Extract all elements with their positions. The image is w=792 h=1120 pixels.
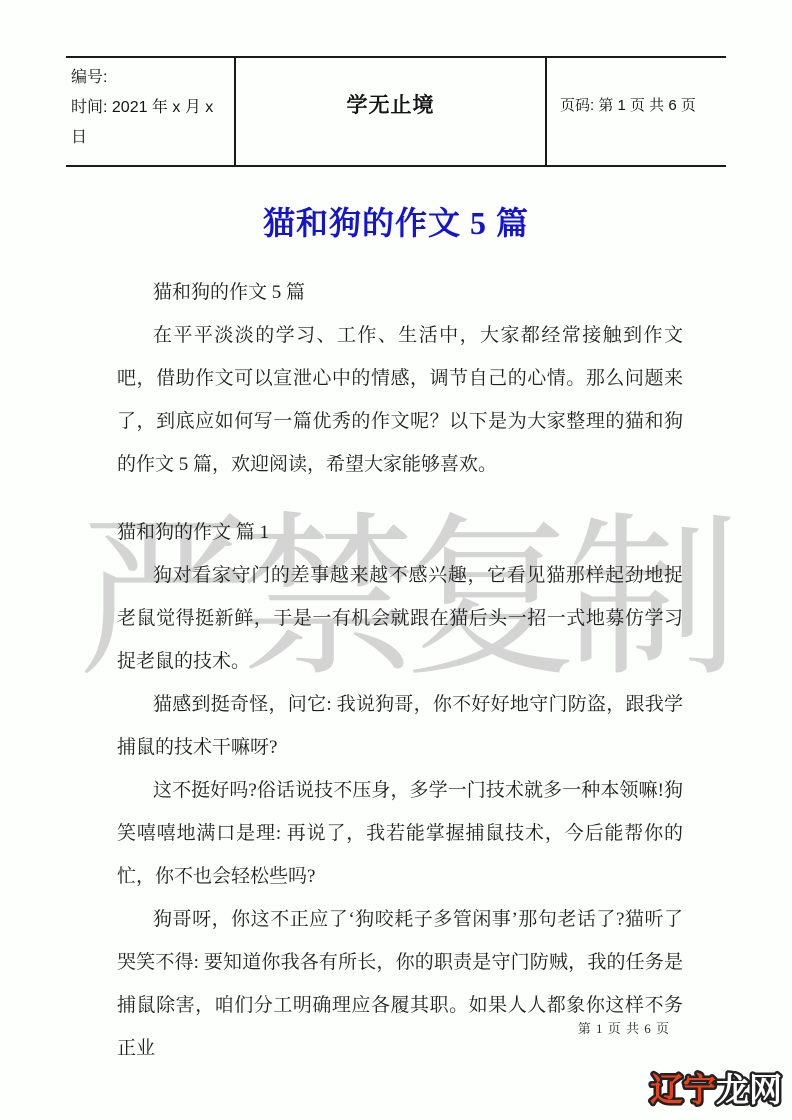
paragraph: 狗哥呀，你这不正应了‘狗咬耗子多管闲事’那句老话了?猫听了哭笑不得: 要知道你我…	[117, 898, 683, 1070]
header-motto: 学无止境	[347, 89, 435, 119]
logo-text-primary: 辽宁	[650, 1071, 716, 1108]
paragraph: 在平平淡淡的学习、工作、生活中，大家都经常接触到作文吧，借助作文可以宣泄心中的情…	[117, 314, 683, 486]
paragraph: 猫感到挺奇怪，问它: 我说狗哥，你不好好地守门防盗，跟我学捕鼠的技术干嘛呀?	[117, 683, 683, 769]
header-page-label: 页码: 第 1 页 共 6 页	[560, 94, 696, 115]
header-cell-right: 页码: 第 1 页 共 6 页	[545, 58, 726, 165]
document-page: 严禁复制 编号: 时间: 2021 年 x 月 x 日 学无止境 页码: 第 1…	[0, 0, 792, 1120]
header-table: 编号: 时间: 2021 年 x 月 x 日 学无止境 页码: 第 1 页 共 …	[66, 56, 726, 167]
paragraph: 狗对看家守门的差事越来越不感兴趣，它看见猫那样起劲地捉老鼠觉得挺新鲜，于是一有机…	[117, 554, 683, 683]
header-cell-center: 学无止境	[234, 58, 545, 165]
section-heading: 猫和狗的作文 篇 1	[117, 511, 683, 554]
logo-text-secondary: 龙网	[716, 1071, 782, 1108]
doc-time-label: 时间: 2021 年 x 月 x 日	[71, 93, 230, 153]
document-title: 猫和狗的作文 5 篇	[0, 198, 792, 244]
header-cell-left: 编号: 时间: 2021 年 x 月 x 日	[66, 58, 234, 165]
paragraph: 猫和狗的作文 5 篇	[117, 271, 683, 314]
paragraph: 这不挺好吗?俗话说技不压身，多学一门技术就多一种本领嘛!狗笑嘻嘻地满口是理: 再…	[117, 769, 683, 898]
site-logo-text: 辽宁龙网	[650, 1071, 782, 1108]
site-logo: 辽宁龙网	[646, 1066, 790, 1112]
doc-number-label: 编号:	[71, 63, 230, 93]
body-paragraphs: 猫和狗的作文 5 篇在平平淡淡的学习、工作、生活中，大家都经常接触到作文吧，借助…	[117, 271, 683, 1070]
footer-page-indicator: 第 1 页 共 6 页	[578, 1018, 670, 1037]
